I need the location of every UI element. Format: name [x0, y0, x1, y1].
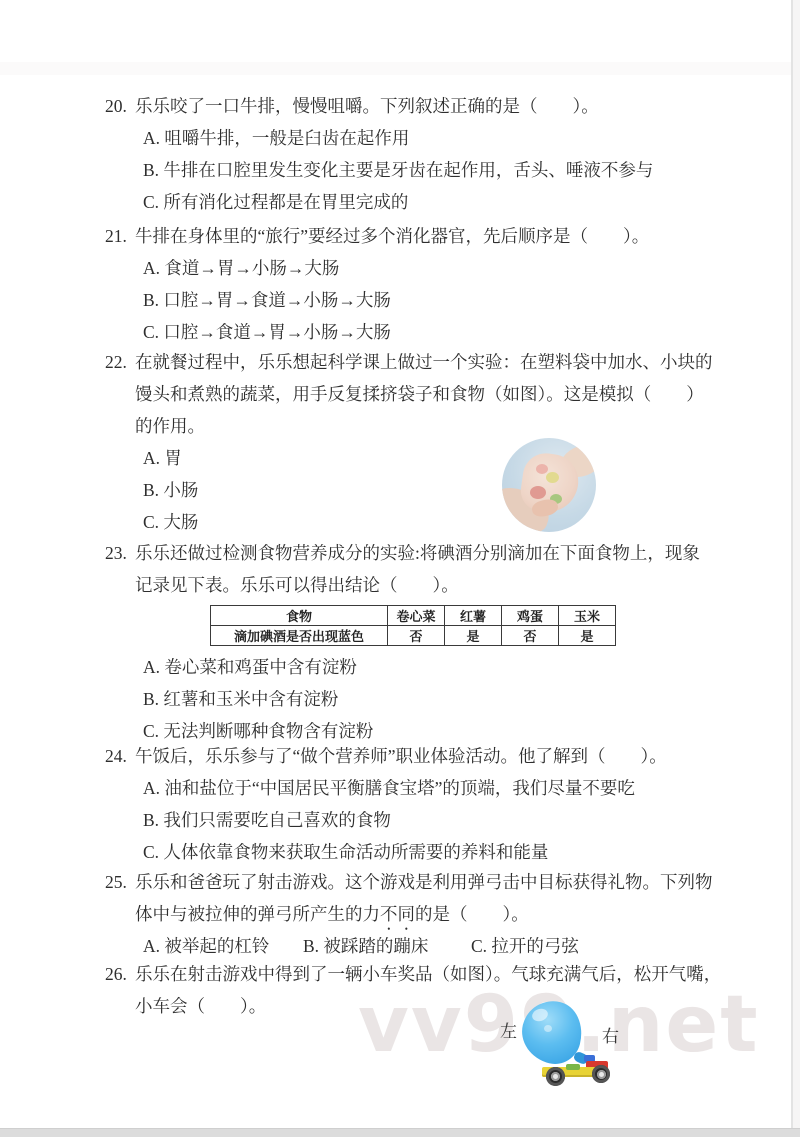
option-a: A. 食道→胃→小肠→大肠	[105, 252, 755, 284]
question-26: 26. 乐乐在射击游戏中得到了一辆小车奖品（如图）。气球充满气后，松开气嘴， 小…	[105, 958, 755, 1022]
page-right-gutter	[793, 0, 800, 1130]
option-c: C. 所有消化过程都是在胃里完成的	[105, 186, 755, 218]
left-direction-label: 左	[500, 1017, 517, 1042]
question-number: 23.	[105, 537, 135, 569]
table-cell: 否	[502, 626, 559, 646]
option-a: A. 胃	[105, 442, 755, 474]
option-c: C. 大肠	[105, 506, 755, 538]
line2-pre: 体中与被拉伸的弹弓所产生的力	[135, 904, 380, 924]
question-text-line2: 小车会（ ）。	[105, 990, 755, 1022]
question-text: 乐乐咬了一口牛排，慢慢咀嚼。下列叙述正确的是（ ）。	[135, 90, 599, 122]
table-result-row: 滴加碘酒是否出现蓝色 否 是 否 是	[211, 626, 616, 646]
wheel-hub	[597, 1070, 606, 1079]
question-20: 20. 乐乐咬了一口牛排，慢慢咀嚼。下列叙述正确的是（ ）。 A. 咀嚼牛排，一…	[105, 90, 755, 218]
page-bottom-band	[0, 1128, 800, 1137]
question-number: 25.	[105, 866, 135, 898]
question-text: 乐乐和爸爸玩了射击游戏。这个游戏是利用弹弓击中目标获得礼物。下列物	[135, 866, 713, 898]
page-right-edge	[791, 0, 793, 1130]
option-b: B. 红薯和玉米中含有淀粉	[105, 683, 755, 715]
food-spot	[536, 464, 548, 474]
question-25: 25. 乐乐和爸爸玩了射击游戏。这个游戏是利用弹弓击中目标获得礼物。下列物 体中…	[105, 866, 755, 962]
table-cell: 是	[559, 626, 616, 646]
option-b: B. 口腔→胃→食道→小肠→大肠	[105, 284, 755, 316]
question-number: 20.	[105, 90, 135, 122]
table-header-sweet-potato: 红薯	[445, 606, 502, 626]
question-text: 午饭后，乐乐参与了“做个营养师”职业体验活动。他了解到（ ）。	[135, 740, 667, 772]
question-number: 24.	[105, 740, 135, 772]
question-number: 21.	[105, 220, 135, 252]
line2-post: 的是（ ）。	[415, 904, 529, 924]
car-body-green-part	[566, 1064, 580, 1070]
balloon-car-image: 左 右	[480, 995, 640, 1100]
question-text-line2: 记录见下表。乐乐可以得出结论（ ）。	[105, 569, 755, 601]
question-text: 在就餐过程中，乐乐想起科学课上做过一个实验：在塑料袋中加水、小块的	[135, 346, 713, 378]
question-text: 乐乐还做过检测食物营养成分的实验:将碘酒分别滴加在下面食物上，现象	[135, 537, 700, 569]
option-c: C. 口腔→食道→胃→小肠→大肠	[105, 316, 755, 348]
iodine-test-table: 食物 卷心菜 红薯 鸡蛋 玉米 滴加碘酒是否出现蓝色 否 是 否 是	[210, 605, 616, 646]
table-header-food: 食物	[211, 606, 388, 626]
page-top-band	[0, 62, 800, 75]
question-text-line3: 的作用。	[105, 410, 755, 442]
question-21: 21. 牛排在身体里的“旅行”要经过多个消化器官，先后顺序是（ ）。 A. 食道…	[105, 220, 755, 348]
table-header-cabbage: 卷心菜	[388, 606, 445, 626]
wheel-hub	[551, 1072, 560, 1081]
question-text-line2: 馒头和煮熟的蔬菜，用手反复揉挤袋子和食物（如图）。这是模拟（ ）	[105, 378, 755, 410]
option-c: C. 人体依靠食物来获取生命活动所需要的养料和能量	[105, 836, 755, 868]
option-a: A. 卷心菜和鸡蛋中含有淀粉	[105, 651, 755, 683]
option-a: A. 油和盐位于“中国居民平衡膳食宝塔”的顶端，我们尽量不要吃	[105, 772, 755, 804]
table-cell: 否	[388, 626, 445, 646]
question-22: 22. 在就餐过程中，乐乐想起科学课上做过一个实验：在塑料袋中加水、小块的 馒头…	[105, 346, 755, 538]
option-b: B. 小肠	[105, 474, 755, 506]
question-23: 23. 乐乐还做过检测食物营养成分的实验:将碘酒分别滴加在下面食物上，现象 记录…	[105, 537, 755, 747]
question-text: 牛排在身体里的“旅行”要经过多个消化器官，先后顺序是（ ）。	[135, 220, 649, 252]
car-wheel	[592, 1065, 610, 1083]
question-text: 乐乐在射击游戏中得到了一辆小车奖品（如图）。气球充满气后，松开气嘴，	[135, 958, 721, 990]
table-cell: 是	[445, 626, 502, 646]
option-b: B. 我们只需要吃自己喜欢的食物	[105, 804, 755, 836]
car-wheel	[546, 1067, 565, 1086]
food-spot	[530, 486, 546, 499]
food-spot	[546, 472, 559, 483]
right-direction-label: 右	[602, 1022, 619, 1047]
table-header-corn: 玉米	[559, 606, 616, 626]
question-number: 22.	[105, 346, 135, 378]
table-header-row: 食物 卷心菜 红薯 鸡蛋 玉米	[211, 606, 616, 626]
table-row-label: 滴加碘酒是否出现蓝色	[211, 626, 388, 646]
option-b: B. 牛排在口腔里发生变化主要是牙齿在起作用，舌头、唾液不参与	[105, 154, 755, 186]
question-text-line2: 体中与被拉伸的弹弓所产生的力不同的是（ ）。	[105, 898, 755, 930]
option-a: A. 咀嚼牛排，一般是臼齿在起作用	[105, 122, 755, 154]
exam-page: vv99.net 20. 乐乐咬了一口牛排，慢慢咀嚼。下列叙述正确的是（ ）。 …	[0, 0, 800, 1137]
plastic-bag-experiment-image	[502, 438, 596, 532]
table-header-egg: 鸡蛋	[502, 606, 559, 626]
question-number: 26.	[105, 958, 135, 990]
balloon-highlight	[544, 1025, 552, 1032]
emphasized-word: 不同	[380, 904, 415, 924]
question-24: 24. 午饭后，乐乐参与了“做个营养师”职业体验活动。他了解到（ ）。 A. 油…	[105, 740, 755, 868]
